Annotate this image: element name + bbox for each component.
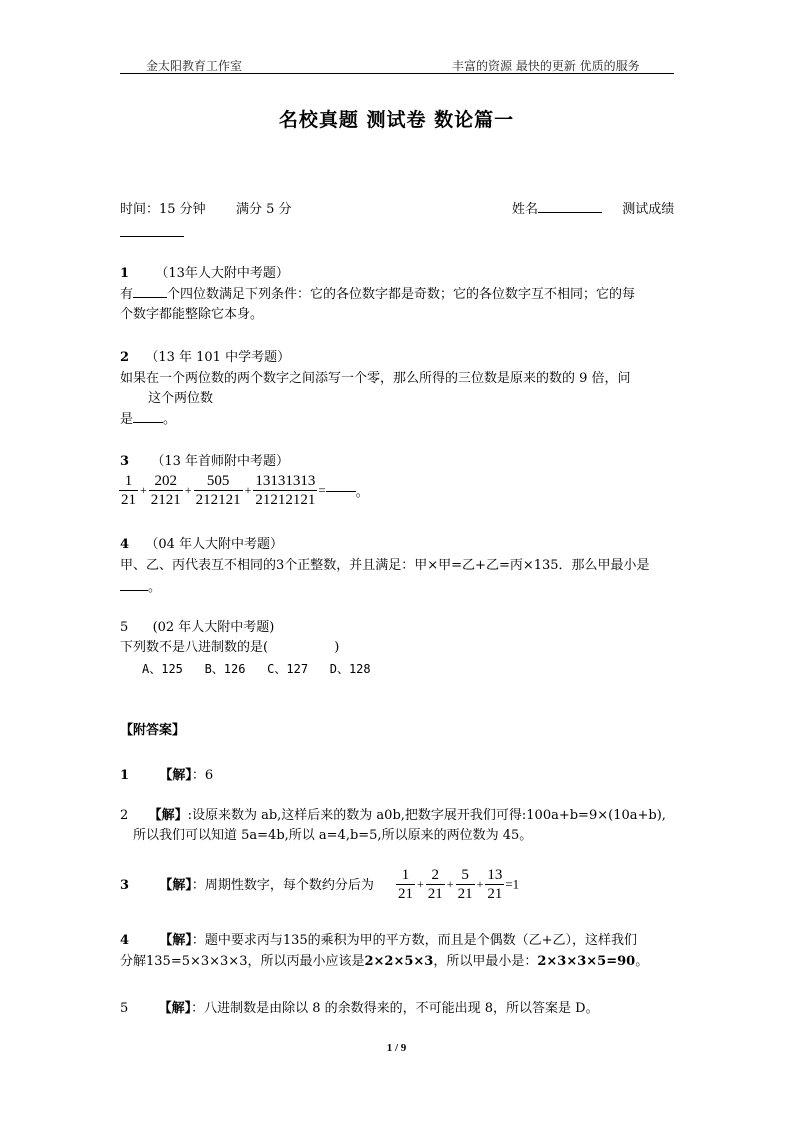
answer-4-line-1: 4 【解】：题中要求丙与135的乘积为甲的平方数，而且是个偶数（乙+乙），这样我… <box>120 931 637 951</box>
question-1-line-2: 个数字都能整除它本身。 <box>120 305 263 325</box>
answers-heading: 【附答案】 <box>120 721 185 741</box>
text: 。 <box>356 484 369 499</box>
plus-sign: + <box>245 483 252 497</box>
fraction: 121 <box>396 866 415 903</box>
text: 。 <box>635 954 648 969</box>
question-2-line-1: 如果在一个两位数的两个数字之间添写一个零，那么所得的三位数是原来的数的 9 倍，… <box>120 369 631 389</box>
plus-sign: + <box>185 483 192 497</box>
question-1-line-1: 有个四位数满足下列条件：它的各位数字都是奇数；它的各位数字互不相同；它的每 <box>120 285 635 305</box>
answer-blank[interactable] <box>133 410 163 423</box>
plus-sign: + <box>140 483 147 497</box>
answer-text: ：题中要求丙与135的乘积为甲的平方数，而且是个偶数（乙+乙），这样我们 <box>192 933 637 948</box>
fraction: 1313131321212121 <box>253 472 317 509</box>
fraction: 505212121 <box>194 472 243 509</box>
answer-3: 3 【解】：周期性数字，每个数约分后为 <box>120 876 374 896</box>
info-score-label: 测试成绩 <box>622 202 674 217</box>
plus-sign: + <box>417 877 424 891</box>
answer-number: 5 <box>120 1001 128 1016</box>
question-2-line-3: 是。 <box>120 410 176 430</box>
text: 是 <box>120 412 133 427</box>
fraction: 1321 <box>485 866 504 903</box>
answer-2-line-2: 所以我们可以知道 5a=4b,所以 a=4,b=5,所以原来的两位数为 45。 <box>133 826 532 846</box>
score-blank[interactable] <box>120 236 184 237</box>
text: 。 <box>163 412 176 427</box>
answer-number: 2 <box>120 808 128 823</box>
text: 有 <box>120 287 133 302</box>
header-left: 金太阳教育工作室 <box>146 57 242 74</box>
plus-sign: + <box>447 877 454 891</box>
answer-label: 【解】 <box>159 933 192 948</box>
question-4-line-1: 甲、乙、丙代表互不相同的3个正整数，并且满足：甲×甲=乙+乙=丙×135．那么甲… <box>120 556 650 576</box>
answer-label: 【解】 <box>159 768 192 783</box>
answer-text: :设原来数为 ab,这样后来的数为 a0b,把数字展开我们可得:100a+b=9… <box>188 808 666 823</box>
question-source: （13 年 101 中学考题） <box>145 350 290 365</box>
question-number: 5 <box>120 620 128 635</box>
page-title: 名校真题 测试卷 数论篇一 <box>0 105 793 132</box>
question-source: (02 年人大附中考题) <box>153 620 275 635</box>
question-2-line-2: 这个两位数 <box>148 389 213 409</box>
answer-blank[interactable] <box>120 578 148 591</box>
answer-number: 1 <box>120 768 129 783</box>
header-divider <box>120 73 674 74</box>
question-1-header: 1 （13年人大附中考题） <box>120 264 289 284</box>
text: 分解135=5×3×3×3，所以丙最小应该是 <box>120 954 364 969</box>
question-source: （13年人大附中考题） <box>155 266 289 281</box>
question-source: （13 年首师附中考题） <box>151 454 289 469</box>
answer-text: ：八进制数是由除以 8 的余数得来的，不可能出现 8，所以答案是 D。 <box>191 1001 599 1016</box>
answer-4-line-2: 分解135=5×3×3×3，所以丙最小应该是2×2×5×3，所以甲最小是：2×3… <box>120 952 648 972</box>
info-name-label: 姓名 <box>512 202 538 217</box>
question-5-options: A、125 B、126 C、127 D、128 <box>142 659 371 679</box>
info-time: 时间：15 分钟 <box>120 202 206 217</box>
answer-label: 【解】 <box>159 1001 192 1016</box>
text: 。 <box>148 580 161 595</box>
question-3-header: 3 （13 年首师附中考题） <box>120 452 289 472</box>
question-4-line-2: 。 <box>120 578 161 598</box>
answer-blank[interactable] <box>326 490 356 492</box>
text: 2×3×3×5=90 <box>537 954 635 969</box>
answer-text: ：周期性数字，每个数约分后为 <box>192 878 374 893</box>
question-5-line-1: 下列数不是八进制数的是( ) <box>120 638 339 658</box>
answer-2-line-1: 2 【解】:设原来数为 ab,这样后来的数为 a0b,把数字展开我们可得:100… <box>120 806 666 826</box>
result: =1 <box>505 877 519 892</box>
answer-text: ：6 <box>192 768 213 783</box>
name-blank[interactable] <box>538 200 602 213</box>
answer-3-expression: 121+221+521+1321=1 <box>395 866 519 903</box>
answer-blank[interactable] <box>133 285 167 298</box>
page-number: 1 / 9 <box>0 1042 793 1054</box>
answer-label: 【解】 <box>149 808 188 823</box>
question-number: 2 <box>120 350 129 365</box>
question-source: （04 年人大附中考题） <box>145 537 283 552</box>
question-number: 4 <box>120 537 129 552</box>
question-5-header: 5 (02 年人大附中考题) <box>120 618 274 638</box>
info-time-score: 时间：15 分钟 满分 5 分 <box>120 200 292 220</box>
answer-5: 5 【解】：八进制数是由除以 8 的余数得来的，不可能出现 8，所以答案是 D。 <box>120 999 599 1019</box>
question-4-header: 4 （04 年人大附中考题） <box>120 535 283 555</box>
text: 个四位数满足下列条件：它的各位数字都是奇数；它的各位数字互不相同；它的每 <box>167 287 635 302</box>
fraction: 521 <box>456 866 475 903</box>
answer-number: 3 <box>120 878 129 893</box>
text: ，所以甲最小是： <box>433 954 537 969</box>
fraction: 221 <box>426 866 445 903</box>
question-3-expression: 121+2022121+505212121+1313131321212121=。 <box>118 472 369 509</box>
question-number: 1 <box>120 266 129 281</box>
answer-label: 【解】 <box>159 878 192 893</box>
info-name-field: 姓名 测试成绩 <box>512 200 674 220</box>
answer-1: 1 【解】：6 <box>120 766 213 786</box>
info-full-score: 满分 5 分 <box>236 202 292 217</box>
answer-number: 4 <box>120 933 129 948</box>
question-number: 3 <box>120 454 129 469</box>
fraction: 121 <box>119 472 138 509</box>
header-right: 丰富的资源 最快的更新 优质的服务 <box>452 57 640 74</box>
text: 2×2×5×3 <box>364 954 433 969</box>
plus-sign: + <box>477 877 484 891</box>
question-2-header: 2 （13 年 101 中学考题） <box>120 348 290 368</box>
equals-sign: = <box>318 483 325 498</box>
fraction: 2022121 <box>149 472 183 509</box>
